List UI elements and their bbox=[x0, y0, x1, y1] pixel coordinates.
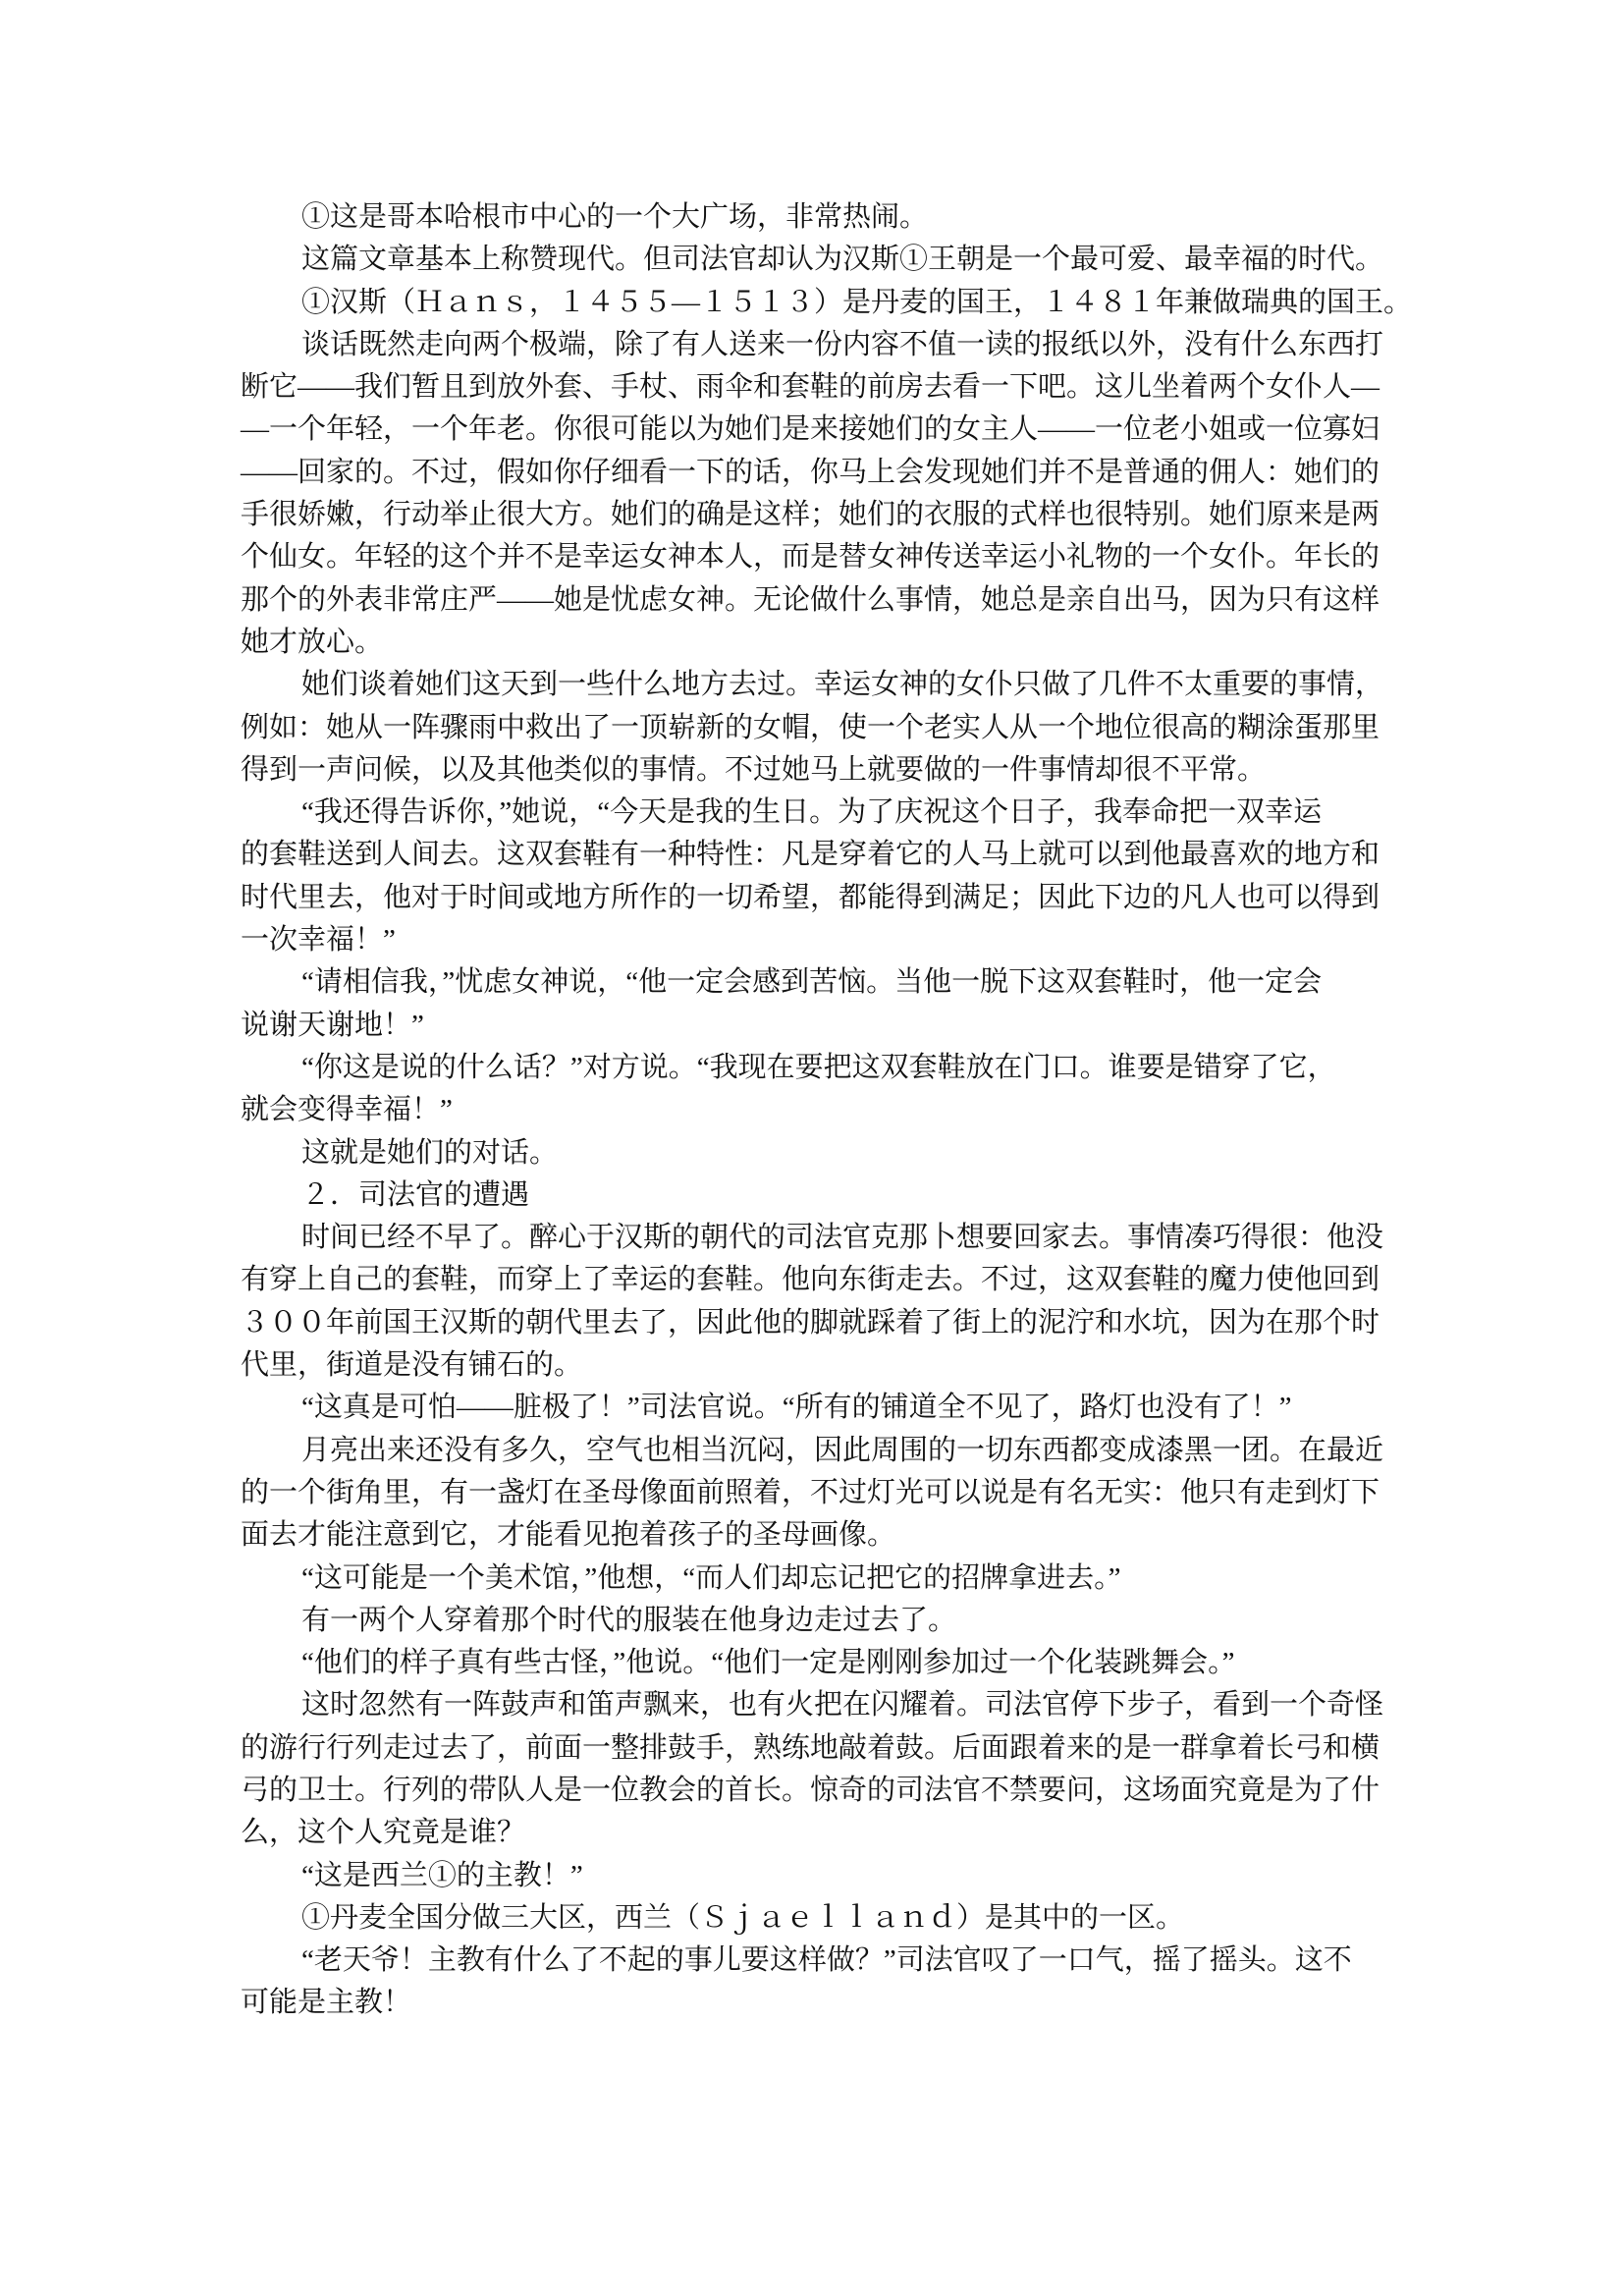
document-page: ①这是哥本哈根市中心的一个大广场，非常热闹。这篇文章基本上称赞现代。但司法官却认… bbox=[0, 0, 1623, 2296]
text-line: ①汉斯（Ｈａｎｓ，１４５５—１５１３）是丹麦的国王，１４８１年兼做瑞典的国王。 bbox=[241, 282, 1389, 324]
text-line: 时代里去，他对于时间或地方所作的一切希望，都能得到满足；因此下边的凡人也可以得到 bbox=[241, 877, 1389, 919]
text-line: ①丹麦全国分做三大区，西兰（Ｓｊａｅｌｌａｎｄ）是其中的一区。 bbox=[241, 1897, 1389, 1940]
text-line: “你这是说的什么话？”对方说。“我现在要把这双套鞋放在门口。谁要是错穿了它， bbox=[241, 1047, 1389, 1089]
text-line: 她们谈着她们这天到一些什么地方去过。幸运女神的女仆只做了几件不太重要的事情， bbox=[241, 664, 1389, 706]
text-line: 手很娇嫩，行动举止很大方。她们的确是这样；她们的衣服的式样也很特别。她们原来是两 bbox=[241, 494, 1389, 536]
text-line: 她才放心。 bbox=[241, 622, 1389, 664]
text-line: “这可能是一个美术馆，”他想，“而人们却忘记把它的招牌拿进去。” bbox=[241, 1558, 1389, 1600]
text-line: 这就是她们的对话。 bbox=[241, 1132, 1389, 1175]
text-line: “这是西兰①的主教！” bbox=[241, 1855, 1389, 1897]
text-line: 谈话既然走向两个极端，除了有人送来一份内容不值一读的报纸以外，没有什么东西打 bbox=[241, 324, 1389, 366]
text-line: 个仙女。年轻的这个并不是幸运女神本人，而是替女神传送幸运小礼物的一个女仆。年长的 bbox=[241, 536, 1389, 578]
text-line: 月亮出来还没有多久，空气也相当沉闷，因此周围的一切东西都变成漆黑一团。在最近 bbox=[241, 1430, 1389, 1472]
text-line: 那个的外表非常庄严——她是忧虑女神。无论做什么事情，她总是亲自出马，因为只有这样 bbox=[241, 579, 1389, 622]
text-line: ①这是哥本哈根市中心的一个大广场，非常热闹。 bbox=[241, 196, 1389, 239]
text-line: 代里，街道是没有铺石的。 bbox=[241, 1344, 1389, 1387]
text-line: 说谢天谢地！” bbox=[241, 1005, 1389, 1047]
text-line: “老天爷！主教有什么了不起的事儿要这样做？”司法官叹了一口气，摇了摇头。这不 bbox=[241, 1940, 1389, 1982]
text-line: 这篇文章基本上称赞现代。但司法官却认为汉斯①王朝是一个最可爱、最幸福的时代。 bbox=[241, 239, 1389, 281]
text-line: 得到一声问候，以及其他类似的事情。不过她马上就要做的一件事情却很不平常。 bbox=[241, 749, 1389, 792]
text-line: ２．司法官的遭遇 bbox=[241, 1175, 1389, 1217]
text-line: ３００年前国王汉斯的朝代里去了，因此他的脚就踩着了街上的泥泞和水坑，因为在那个时 bbox=[241, 1302, 1389, 1344]
text-line: 弓的卫士。行列的带队人是一位教会的首长。惊奇的司法官不禁要问，这场面究竟是为了什 bbox=[241, 1770, 1389, 1812]
text-line: 有穿上自己的套鞋，而穿上了幸运的套鞋。他向东街走去。不过，这双套鞋的魔力使他回到 bbox=[241, 1259, 1389, 1301]
text-line: 可能是主教！ bbox=[241, 1982, 1389, 2024]
text-line: 一次幸福！” bbox=[241, 919, 1389, 961]
text-line: “他们的样子真有些古怪，”他说。“他们一定是刚刚参加过一个化装跳舞会。” bbox=[241, 1642, 1389, 1684]
text-line: 断它——我们暂且到放外套、手杖、雨伞和套鞋的前房去看一下吧。这儿坐着两个女仆人— bbox=[241, 366, 1389, 409]
text-line: “请相信我，”忧虑女神说，“他一定会感到苦恼。当他一脱下这双套鞋时，他一定会 bbox=[241, 961, 1389, 1004]
text-line: 面去才能注意到它，才能看见抱着孩子的圣母画像。 bbox=[241, 1514, 1389, 1557]
text-line: ——回家的。不过，假如你仔细看一下的话，你马上会发现她们并不是普通的佣人：她们的 bbox=[241, 452, 1389, 494]
text-line: 时间已经不早了。醉心于汉斯的朝代的司法官克那卜想要回家去。事情凑巧得很：他没 bbox=[241, 1217, 1389, 1259]
text-line: 有一两个人穿着那个时代的服装在他身边走过去了。 bbox=[241, 1600, 1389, 1642]
text-line: 么，这个人究竟是谁？ bbox=[241, 1812, 1389, 1854]
text-line: —一个年轻，一个年老。你很可能以为她们是来接她们的女主人——一位老小姐或一位寡妇 bbox=[241, 409, 1389, 451]
text-line: 就会变得幸福！” bbox=[241, 1089, 1389, 1131]
text-line: “我还得告诉你，”她说，“今天是我的生日。为了庆祝这个日子，我奉命把一双幸运 bbox=[241, 792, 1389, 834]
text-line: 例如：她从一阵骤雨中救出了一顶崭新的女帽，使一个老实人从一个地位很高的糊涂蛋那里 bbox=[241, 707, 1389, 749]
text-line: 的套鞋送到人间去。这双套鞋有一种特性：凡是穿着它的人马上就可以到他最喜欢的地方和 bbox=[241, 834, 1389, 876]
text-line: “这真是可怕——脏极了！”司法官说。“所有的铺道全不见了，路灯也没有了！” bbox=[241, 1387, 1389, 1429]
text-line: 的一个街角里，有一盏灯在圣母像面前照着，不过灯光可以说是有名无实：他只有走到灯下 bbox=[241, 1472, 1389, 1514]
text-block: ①这是哥本哈根市中心的一个大广场，非常热闹。这篇文章基本上称赞现代。但司法官却认… bbox=[241, 196, 1389, 2025]
text-line: 的游行行列走过去了，前面一整排鼓手，熟练地敲着鼓。后面跟着来的是一群拿着长弓和横 bbox=[241, 1727, 1389, 1770]
text-line: 这时忽然有一阵鼓声和笛声飘来，也有火把在闪耀着。司法官停下步子，看到一个奇怪 bbox=[241, 1684, 1389, 1726]
